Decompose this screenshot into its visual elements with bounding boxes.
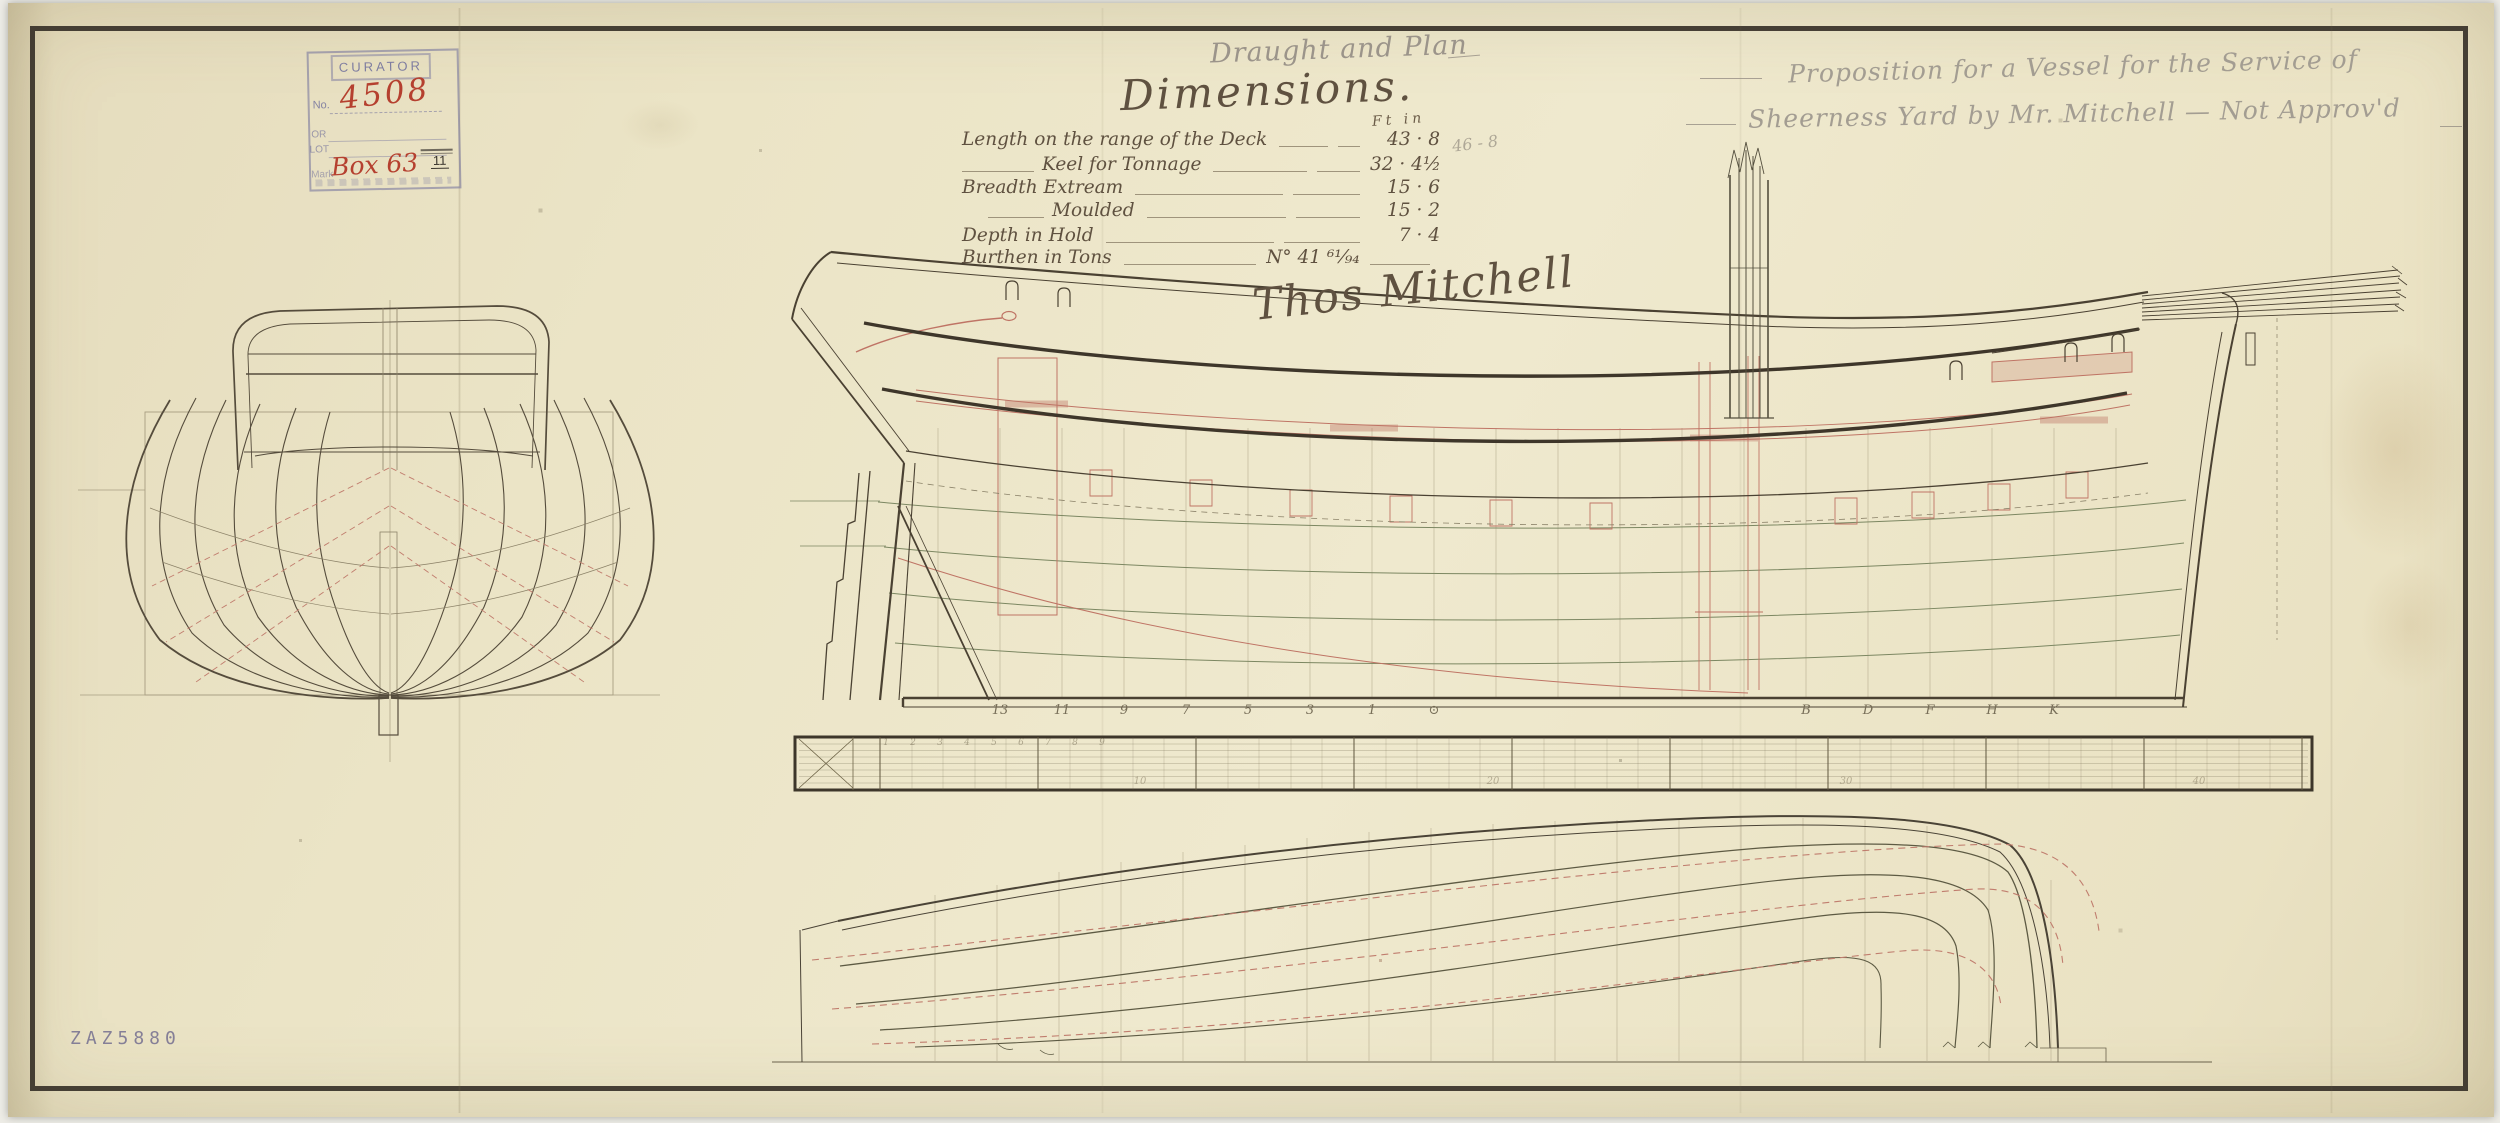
scale-foot-digit: 7	[1045, 738, 1051, 748]
station-label: 9	[1120, 703, 1128, 718]
pencil-dash	[1700, 78, 1762, 79]
pencil-dash	[1686, 124, 1736, 125]
dimension-label: Keel for Tonnage	[1042, 155, 1201, 175]
dimension-row: Keel for Tonnage 32 · 4½	[962, 155, 1440, 175]
station-label: F	[1925, 703, 1934, 718]
dimension-label: Depth in Hold	[962, 226, 1094, 246]
station-label: 7	[1182, 703, 1190, 718]
mast-stub	[1724, 142, 1774, 418]
scale-ten-mark: 30	[1840, 776, 1853, 787]
dimension-row: Depth in Hold 7 · 4	[962, 226, 1440, 246]
scale-foot-digit: 4	[964, 738, 970, 748]
station-label: ⊙	[1429, 703, 1440, 718]
station-label: 13	[992, 703, 1009, 718]
station-label: 3	[1306, 703, 1314, 718]
rail-half-breadth	[838, 816, 2058, 1048]
dimension-value: 15 · 2	[1370, 201, 1440, 221]
dimension-row: Breadth Extream 15 · 6	[962, 178, 1440, 198]
scale-ten-mark: 40	[2193, 776, 2206, 787]
half-breadth-plan	[772, 816, 2212, 1062]
scale-foot-digit: 9	[1099, 738, 1105, 748]
negative-number-stamp: ZAZ5880	[70, 1028, 181, 1049]
red-construction-lines	[856, 312, 2132, 694]
curator-box-number: Box 63	[330, 148, 419, 182]
scale-ten-mark: 20	[1487, 776, 1500, 787]
dimension-label: Burthen in Tons	[962, 248, 1112, 268]
scale-foot-digit: 6	[1018, 738, 1024, 748]
scale-foot-digit: 5	[991, 738, 997, 748]
curator-lot-label: LOT	[309, 144, 329, 155]
body-plan	[78, 300, 660, 762]
station-label: B	[1801, 703, 1811, 718]
curator-no-label: No.	[313, 99, 330, 111]
dimension-label: Length on the range of the Deck	[962, 130, 1267, 150]
station-label: K	[2049, 703, 2059, 718]
scale-foot-digit: 8	[1072, 738, 1078, 748]
scale-ten-mark: 10	[1134, 776, 1147, 787]
scale-foot-digit: 2	[910, 738, 916, 748]
dimension-row: Burthen in Tons N° 41 ⁶¹⁄₉₄	[962, 248, 1440, 268]
station-label: H	[1986, 703, 1997, 718]
station-label: D	[1863, 703, 1873, 718]
bowsprit-lines	[2142, 270, 2401, 320]
scale-foot-digit: 3	[937, 738, 943, 748]
station-label: 1	[1368, 703, 1376, 718]
dimension-label: Moulded	[1052, 201, 1135, 221]
dimension-value: N° 41 ⁶¹⁄₉₄	[1266, 248, 1360, 268]
dimension-value: 43 · 8	[1370, 130, 1440, 150]
station-label: 11	[1054, 703, 1071, 718]
rudder	[850, 471, 870, 700]
dimension-row: Moulded 15 · 2	[962, 201, 1440, 221]
dimensions-title: Dimensions.	[1119, 61, 1415, 120]
dimension-label: Breadth Extream	[962, 178, 1123, 198]
station-label: 5	[1244, 703, 1252, 718]
dimension-row: Length on the range of the Deck 43 · 8	[962, 130, 1440, 150]
scanned-ship-draught: CURATOR No. 4508 OR LOT Box 63 11 Mark Z…	[0, 0, 2500, 1123]
curator-stamp: CURATOR No. 4508 OR LOT Box 63 11 Mark	[307, 48, 462, 191]
pencil-dash	[2440, 126, 2462, 127]
scale-foot-digit: 1	[883, 738, 889, 748]
curator-or-label: OR	[311, 129, 326, 140]
dimension-value: 32 · 4½	[1370, 155, 1440, 175]
dimension-value: 15 · 6	[1370, 178, 1440, 198]
dimension-value: 7 · 4	[1370, 226, 1440, 246]
curator-batch-number: 11	[431, 153, 449, 169]
